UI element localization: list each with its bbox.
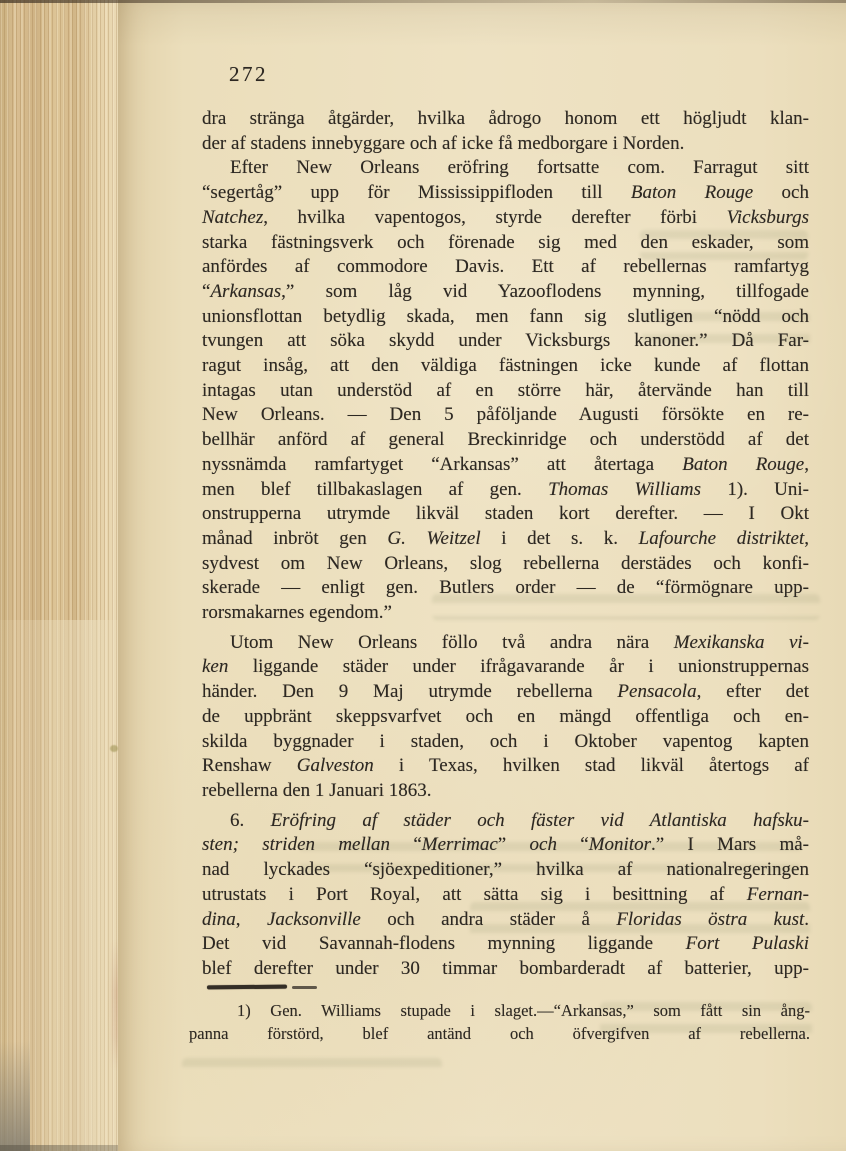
body-text: blef derefter under 30 timmar bombardera… bbox=[202, 958, 809, 979]
body-text: .” I Mars må- bbox=[651, 834, 809, 855]
italic-text: Vicksburgs bbox=[727, 207, 809, 228]
body-text: händer. Den 9 Maj utrymde rebellerna bbox=[202, 681, 617, 702]
body-text: ragut insåg, att den väldiga fästningen … bbox=[202, 355, 809, 376]
body-text: unionsflottan betydlig skada, men fann s… bbox=[202, 306, 809, 327]
body-text: onstrupperna utrymde likväl staden kort … bbox=[202, 503, 809, 524]
body-text: månad inbröt gen bbox=[202, 528, 387, 549]
text-line: sten; striden mellan “Merrimac” och “Mon… bbox=[202, 833, 809, 858]
text-line: 6. Eröfring af städer och fäster vid Atl… bbox=[202, 809, 809, 834]
footnote-rule bbox=[207, 985, 287, 990]
foxing-spot bbox=[110, 745, 118, 752]
italic-text: Monitor bbox=[589, 834, 651, 855]
page-number: 272 bbox=[229, 62, 268, 87]
text-line: Renshaw Galveston i Texas, hvilken stad … bbox=[202, 754, 809, 779]
text-line: nyssnämda ramfartyget “Arkansas” att åte… bbox=[202, 453, 809, 478]
italic-text: Merrimac bbox=[422, 834, 498, 855]
body-text: starka fästningsverk och förenade sig me… bbox=[202, 232, 809, 253]
body-text: ,” som låg vid Yazooflodens mynning, til… bbox=[281, 281, 809, 302]
bottom-left-shadow bbox=[0, 1041, 30, 1151]
text-line: intagas utan understöd af en större här,… bbox=[202, 379, 809, 404]
body-text: “ bbox=[557, 834, 589, 855]
text-line: starka fästningsverk och förenade sig me… bbox=[202, 231, 809, 256]
body-text: , efter det bbox=[697, 681, 809, 702]
italic-text: Fort Pulaski bbox=[686, 933, 809, 954]
italic-text: sten; striden mellan bbox=[202, 834, 390, 855]
body-text: panna förstörd, blef antänd och öfvergif… bbox=[189, 1024, 810, 1043]
body-text: men blef tillbakaslagen af gen. bbox=[202, 479, 548, 500]
body-text: och bbox=[753, 182, 809, 203]
text-line: “Arkansas,” som låg vid Yazooflodens myn… bbox=[202, 280, 809, 305]
text-line: ken liggande städer under ifrågavarande … bbox=[202, 655, 809, 680]
italic-text: dina bbox=[202, 909, 236, 930]
text-line: 1) Gen. Williams stupade i slaget.—“Arka… bbox=[189, 999, 810, 1022]
italic-text: Arkansas bbox=[210, 281, 281, 302]
text-line: rebellerna den 1 Januari 1863. bbox=[202, 779, 809, 804]
body-text: de uppbränt skeppsvarfvet och en mängd o… bbox=[202, 706, 809, 727]
text-line: månad inbröt gen G. Weitzel i det s. k. … bbox=[202, 527, 809, 552]
body-text: bellhär anförd af general Breckinridge o… bbox=[202, 429, 809, 450]
body-text: skilda byggnader i staden, och i Oktober… bbox=[202, 731, 809, 752]
body-text: intagas utan understöd af en större här,… bbox=[202, 380, 809, 401]
body-text: , bbox=[804, 454, 809, 475]
italic-text: Natchez bbox=[202, 207, 263, 228]
italic-text: Pensacola bbox=[617, 681, 696, 702]
body-text: . bbox=[804, 909, 809, 930]
body-text: Efter New Orleans eröfring fortsatte com… bbox=[230, 157, 809, 178]
italic-text: Eröfring af städer och fäster vid Atlant… bbox=[271, 810, 809, 831]
body-text: dra stränga åtgärder, hvilka ådrogo hono… bbox=[202, 108, 809, 129]
body-text: “ bbox=[390, 834, 422, 855]
footnote-rule-dash bbox=[292, 986, 317, 989]
text-block: dra stränga åtgärder, hvilka ådrogo hono… bbox=[202, 107, 809, 982]
text-line: utrustats i Port Royal, att sätta sig i … bbox=[202, 883, 809, 908]
paragraph-continuation: dra stränga åtgärder, hvilka ådrogo hono… bbox=[202, 107, 809, 156]
body-text: anfördes af commodore Davis. Ett af rebe… bbox=[202, 256, 809, 277]
text-line: panna förstörd, blef antänd och öfvergif… bbox=[189, 1022, 810, 1045]
body-text: Utom New Orleans föllo två andra nära bbox=[230, 632, 674, 653]
body-text: 1) Gen. Williams stupade i slaget.—“Arka… bbox=[237, 1001, 810, 1020]
body-text: ” bbox=[498, 834, 530, 855]
body-text: nyssnämda ramfartyget “Arkansas” att åte… bbox=[202, 454, 682, 475]
italic-text: Mexikanska vi- bbox=[674, 632, 809, 653]
text-line: Utom New Orleans föllo två andra nära Me… bbox=[202, 631, 809, 656]
text-line: men blef tillbakaslagen af gen. Thomas W… bbox=[202, 478, 809, 503]
body-text: och andra städer å bbox=[361, 909, 616, 930]
italic-text: Galveston bbox=[297, 755, 374, 776]
paragraph-new-orleans: Efter New Orleans eröfring fortsatte com… bbox=[202, 156, 809, 625]
text-line: “segertåg” upp för Mississippifloden til… bbox=[202, 181, 809, 206]
body-text: 6. bbox=[230, 810, 271, 831]
text-line: de uppbränt skeppsvarfvet och en mängd o… bbox=[202, 705, 809, 730]
text-line: händer. Den 9 Maj utrymde rebellerna Pen… bbox=[202, 680, 809, 705]
text-line: nad lyckades “sjöexpeditioner,” hvilka a… bbox=[202, 858, 809, 883]
body-text: sydvest om New Orleans, slog rebellerna … bbox=[202, 553, 809, 574]
body-text: “segertåg” upp för Mississippifloden til… bbox=[202, 182, 631, 203]
text-line: Det vid Savannah-flodens mynning liggand… bbox=[202, 932, 809, 957]
paragraph-gulf-towns: Utom New Orleans föllo två andra nära Me… bbox=[202, 631, 809, 804]
body-text: der af stadens innebyggare och af icke f… bbox=[202, 133, 684, 154]
body-text: , bbox=[236, 909, 267, 930]
body-text: Renshaw bbox=[202, 755, 297, 776]
text-line: New Orleans. — Den 5 påföljande Augusti … bbox=[202, 403, 809, 428]
paragraph-section-6: 6. Eröfring af städer och fäster vid Atl… bbox=[202, 809, 809, 982]
italic-text: Baton Rouge bbox=[631, 182, 753, 203]
footnote-1: 1) Gen. Williams stupade i slaget.—“Arka… bbox=[189, 999, 810, 1045]
text-line: onstrupperna utrymde likväl staden kort … bbox=[202, 502, 809, 527]
text-line: rorsmakarnes egendom.” bbox=[202, 601, 809, 626]
text-line: der af stadens innebyggare och af icke f… bbox=[202, 132, 809, 157]
text-line: Natchez, hvilka vapentogos, styrde deref… bbox=[202, 206, 809, 231]
italic-text: Floridas östra kust bbox=[616, 909, 804, 930]
body-text: rorsmakarnes egendom.” bbox=[202, 602, 392, 623]
body-text: , hvilka vapentogos, styrde derefter för… bbox=[263, 207, 726, 228]
italic-text: Jacksonville bbox=[267, 909, 361, 930]
body-text: i det s. k. bbox=[481, 528, 639, 549]
italic-text: Baton Rouge bbox=[682, 454, 804, 475]
italic-text: Thomas Williams bbox=[548, 479, 701, 500]
text-line: bellhär anförd af general Breckinridge o… bbox=[202, 428, 809, 453]
body-text: , bbox=[804, 528, 809, 549]
body-text: utrustats i Port Royal, att sätta sig i … bbox=[202, 884, 747, 905]
text-line: unionsflottan betydlig skada, men fann s… bbox=[202, 305, 809, 330]
text-line: skerade — enligt gen. Butlers order — de… bbox=[202, 576, 809, 601]
text-line: dina, Jacksonville och andra städer å Fl… bbox=[202, 908, 809, 933]
body-text: Det vid Savannah-flodens mynning liggand… bbox=[202, 933, 686, 954]
body-text: tvungen att söka skydd under Vicksburgs … bbox=[202, 330, 809, 351]
text-line: ragut insåg, att den väldiga fästningen … bbox=[202, 354, 809, 379]
text-line: sydvest om New Orleans, slog rebellerna … bbox=[202, 552, 809, 577]
book-page-scan: { "page": { "number": "272", "paragraphs… bbox=[0, 0, 846, 1151]
text-line: dra stränga åtgärder, hvilka ådrogo hono… bbox=[202, 107, 809, 132]
body-text: 1). Uni- bbox=[701, 479, 809, 500]
italic-text: Lafourche distriktet bbox=[639, 528, 805, 549]
italic-text: och bbox=[530, 834, 557, 855]
body-text: liggande städer under ifrågavarande år i… bbox=[228, 656, 809, 677]
text-line: blef derefter under 30 timmar bombardera… bbox=[202, 957, 809, 982]
body-text: i Texas, hvilken stad likväl återtogs af bbox=[374, 755, 809, 776]
italic-text: ken bbox=[202, 656, 228, 677]
body-text: New Orleans. — Den 5 påföljande Augusti … bbox=[202, 404, 809, 425]
body-text: nad lyckades “sjöexpeditioner,” hvilka a… bbox=[202, 859, 809, 880]
italic-text: Fernan- bbox=[747, 884, 809, 905]
italic-text: G. Weitzel bbox=[387, 528, 480, 549]
text-line: tvungen att söka skydd under Vicksburgs … bbox=[202, 329, 809, 354]
text-line: skilda byggnader i staden, och i Oktober… bbox=[202, 730, 809, 755]
text-line: anfördes af commodore Davis. Ett af rebe… bbox=[202, 255, 809, 280]
footnote: 1) Gen. Williams stupade i slaget.—“Arka… bbox=[189, 999, 810, 1045]
body-text: skerade — enligt gen. Butlers order — de… bbox=[202, 577, 809, 598]
top-edge-shadow bbox=[0, 0, 846, 3]
text-line: Efter New Orleans eröfring fortsatte com… bbox=[202, 156, 809, 181]
body-text: rebellerna den 1 Januari 1863. bbox=[202, 780, 432, 801]
